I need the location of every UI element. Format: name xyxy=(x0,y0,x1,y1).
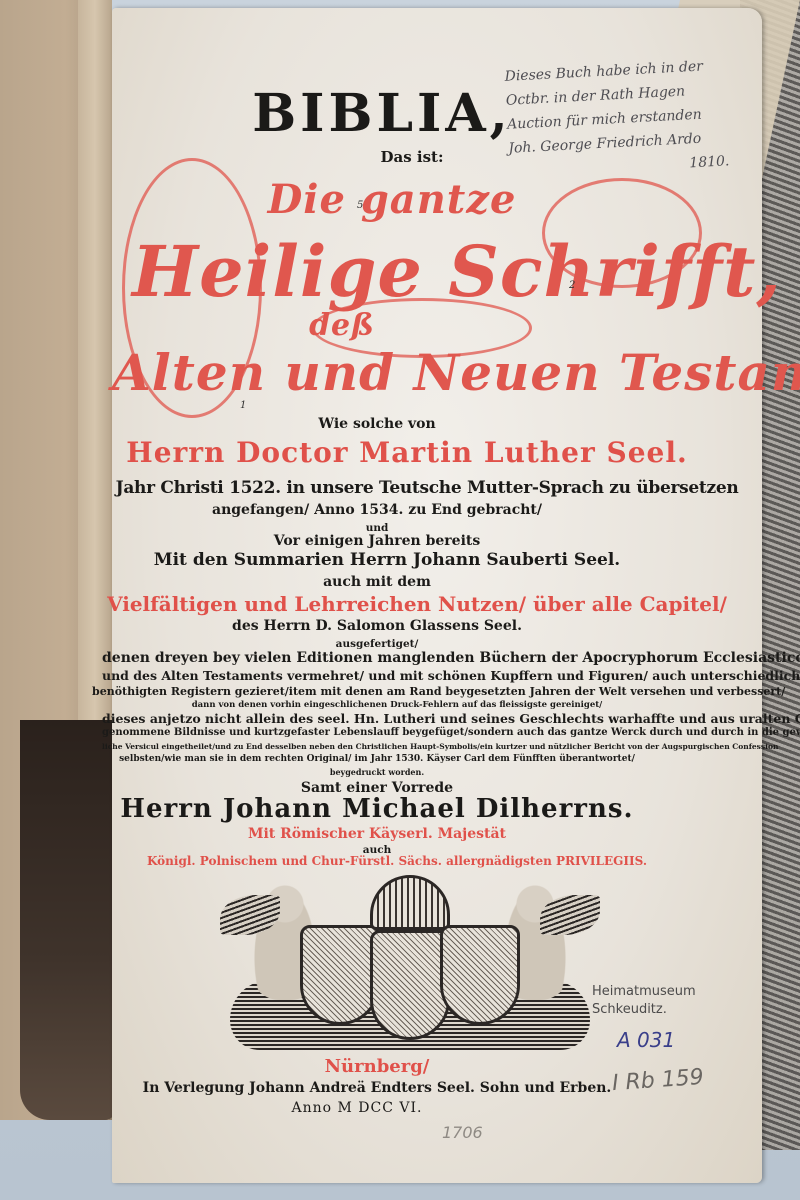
crown-icon xyxy=(370,875,450,930)
summarien-line: Mit den Summarien Herrn Johann Sauberti … xyxy=(62,550,712,570)
script-testaments: Alten und Neuen Testaments. xyxy=(112,343,712,402)
pencil-mark: 5 xyxy=(357,200,363,211)
stamp-line-2: Schkeuditz. xyxy=(592,1001,732,1019)
inscription-line-2: Octbr. in der Rath Hagen xyxy=(506,83,686,108)
privilegiis-line: Königl. Polnischem und Chur-Fürstl. Säch… xyxy=(72,854,722,868)
body-line-3: benöthigten Registern gezieret/item mit … xyxy=(92,685,742,698)
publisher-line: In Verlegung Johann Andreä Endters Seel.… xyxy=(52,1080,702,1096)
title-page: BIBLIA, Das ist: Die gantze Heilige Schr… xyxy=(112,8,762,1183)
pencil-year: 1706 xyxy=(442,1123,483,1142)
body-line-4: dann von denen vorhin eingeschlichenen D… xyxy=(72,700,722,710)
coat-of-arms-left xyxy=(300,925,380,1025)
stamp-line-1: Heimatmuseum xyxy=(592,983,732,1001)
dilherr-line: Herrn Johann Michael Dilherrns. xyxy=(52,794,702,824)
wie-solche-von: Wie solche von xyxy=(52,416,702,432)
body-line-5: dieses anjetzo nicht allein des seel. Hn… xyxy=(102,711,752,726)
auch-mit-dem-line: auch mit dem xyxy=(52,574,702,590)
pencil-mark: 2 xyxy=(569,280,575,291)
double-eagle-shield xyxy=(370,930,450,1040)
angefangen-line: angefangen/ Anno 1534. zu End gebracht/ xyxy=(52,502,702,518)
body-line-9: beygedruckt worden. xyxy=(52,767,702,777)
inventory-number-blue: A 031 xyxy=(617,1028,675,1052)
body-line-2: und des Alten Testaments vermehret/ und … xyxy=(102,668,752,683)
inscription-line-1: Dieses Buch habe ich in der xyxy=(504,58,703,84)
date-line: Anno M DCC VI. xyxy=(32,1100,682,1116)
majestaet-line: Mit Römischer Käyserl. Majestät xyxy=(52,826,702,842)
nutzen-line: Vielfältigen und Lehrreichen Nutzen/ übe… xyxy=(92,592,742,616)
script-dess: deß xyxy=(292,308,392,343)
script-heilige-schrifft: Heilige Schrifft, xyxy=(132,230,692,313)
subtitle-das-ist: Das ist: xyxy=(352,148,472,166)
title-page-content: BIBLIA, Das ist: Die gantze Heilige Schr… xyxy=(112,8,762,1183)
handwritten-inscription: Dieses Buch habe ich in der Octbr. in de… xyxy=(504,51,770,184)
woodcut-emblem xyxy=(230,870,590,1050)
jahr-christi-line: Jahr Christi 1522. in unsere Teutsche Mu… xyxy=(102,478,752,498)
place-nuernberg: Nürnberg/ xyxy=(52,1056,702,1077)
script-die-gantze: Die gantze xyxy=(262,176,522,223)
body-line-7: liche Versicul eingetheilet/und zu End d… xyxy=(102,742,752,751)
inscription-line-3: Auction für mich erstanden xyxy=(507,107,702,133)
vor-einigen-line: Vor einigen Jahren bereits xyxy=(52,533,702,549)
ausgefertiget-line: ausgefertiget/ xyxy=(52,638,702,650)
glassius-line: des Herrn D. Salomon Glassens Seel. xyxy=(52,618,702,634)
museum-stamp: Heimatmuseum Schkeuditz. xyxy=(592,983,732,1019)
pencil-mark: 1 xyxy=(240,400,246,411)
luther-line: Herrn Doctor Martin Luther Seel. xyxy=(82,436,732,469)
coat-of-arms-right xyxy=(440,925,520,1025)
body-line-6: genommene Bildnisse und kurtzgefaster Le… xyxy=(102,727,752,738)
body-line-8: selbsten/wie man sie in dem rechten Orig… xyxy=(52,754,702,764)
body-line-1: denen dreyen bey vielen Editionen mangle… xyxy=(102,650,752,666)
